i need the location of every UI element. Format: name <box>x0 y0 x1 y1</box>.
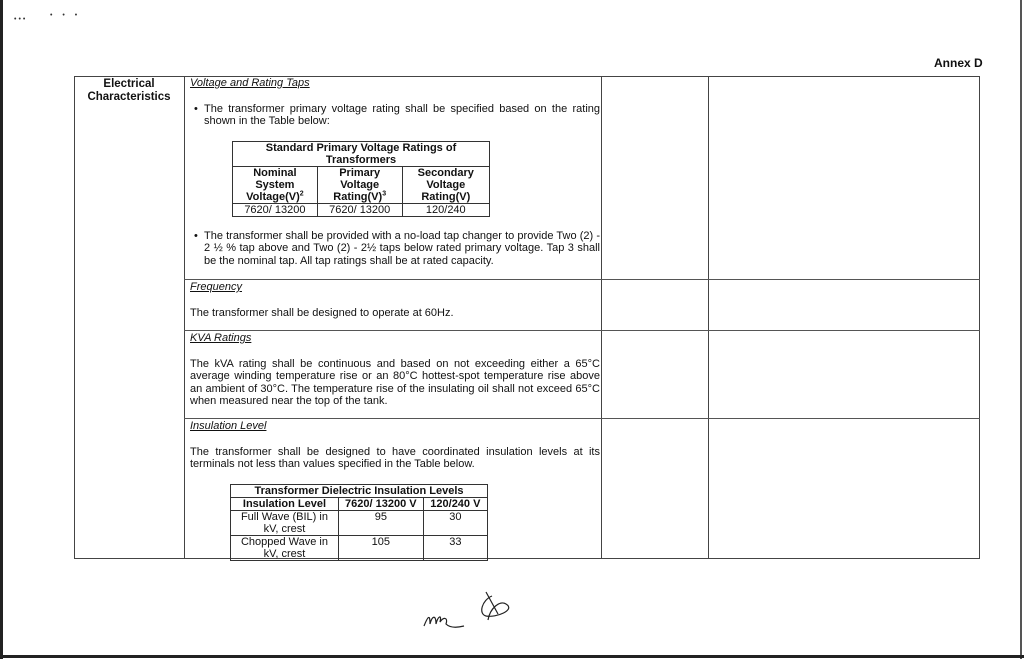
signature-initials <box>420 586 540 636</box>
column-divider <box>708 76 709 559</box>
page-edge-right <box>1020 0 1022 659</box>
section-title-line: Electrical <box>74 78 184 91</box>
annex-label: Annex D <box>934 56 983 70</box>
kva-text: The kVA rating shall be continuous and b… <box>190 358 600 408</box>
table-row: Full Wave (BIL) inkV, crest 95 30 <box>231 510 488 535</box>
voltage-ratings-table: Standard Primary Voltage Ratings of Tran… <box>232 141 490 217</box>
row-divider <box>184 279 980 280</box>
insulation-text: The transformer shall be designed to hav… <box>190 446 600 471</box>
table-cell: 120/240 <box>402 203 489 216</box>
scan-artifact: • • • <box>50 12 81 19</box>
section-title-line: Characteristics <box>74 91 184 104</box>
voltage-table-title: Standard Primary Voltage Ratings of Tran… <box>233 141 490 166</box>
column-header: 7620/ 13200 V <box>338 497 423 510</box>
frequency-heading: Frequency <box>190 281 600 294</box>
voltage-heading: Voltage and Rating Taps <box>190 77 600 90</box>
table-cell: Full Wave (BIL) inkV, crest <box>231 510 339 535</box>
page-edge-bottom <box>0 655 1024 658</box>
column-header: Secondary Voltage Rating(V) <box>402 166 489 203</box>
title-line: Transformers <box>326 154 396 166</box>
insulation-table-title: Transformer Dielectric Insulation Levels <box>231 484 488 497</box>
table-cell: 105 <box>338 535 423 560</box>
insulation-levels-table: Transformer Dielectric Insulation Levels… <box>230 484 488 561</box>
scan-artifact: ••• <box>14 16 27 23</box>
insulation-heading: Insulation Level <box>190 420 600 433</box>
kva-heading: KVA Ratings <box>190 332 600 345</box>
table-row: 7620/ 13200 7620/ 13200 120/240 <box>233 203 490 216</box>
table-row: Chopped Wave inkV, crest 105 33 <box>231 535 488 560</box>
section-title: Electrical Characteristics <box>74 78 184 104</box>
voltage-bullet-2: The transformer shall be provided with a… <box>190 230 600 268</box>
column-divider <box>184 76 185 559</box>
table-cell: 30 <box>423 510 487 535</box>
initials-usc-icon <box>424 617 464 627</box>
specification-table: Electrical Characteristics Voltage and R… <box>74 76 980 559</box>
column-header: Insulation Level <box>231 497 339 510</box>
kva-section: KVA Ratings The kVA rating shall be cont… <box>190 332 600 408</box>
page-edge-left <box>0 0 3 659</box>
table-cell: 7620/ 13200 <box>317 203 402 216</box>
table-cell: 7620/ 13200 <box>233 203 318 216</box>
row-divider <box>184 330 980 331</box>
voltage-bullet-1: The transformer primary voltage rating s… <box>190 103 600 128</box>
row-divider <box>184 418 980 419</box>
table-cell: Chopped Wave inkV, crest <box>231 535 339 560</box>
initials-mark-icon <box>482 592 509 620</box>
frequency-text: The transformer shall be designed to ope… <box>190 307 600 320</box>
column-divider <box>601 76 602 559</box>
column-header: 120/240 V <box>423 497 487 510</box>
title-line: Standard Primary Voltage Ratings of <box>266 142 457 154</box>
frequency-section: Frequency The transformer shall be desig… <box>190 281 600 319</box>
insulation-section: Insulation Level The transformer shall b… <box>190 420 600 561</box>
column-header: Nominal System Voltage(V)2 <box>233 166 318 203</box>
table-cell: 95 <box>338 510 423 535</box>
voltage-section: Voltage and Rating Taps The transformer … <box>190 77 600 267</box>
table-cell: 33 <box>423 535 487 560</box>
column-header: Primary Voltage Rating(V)3 <box>317 166 402 203</box>
